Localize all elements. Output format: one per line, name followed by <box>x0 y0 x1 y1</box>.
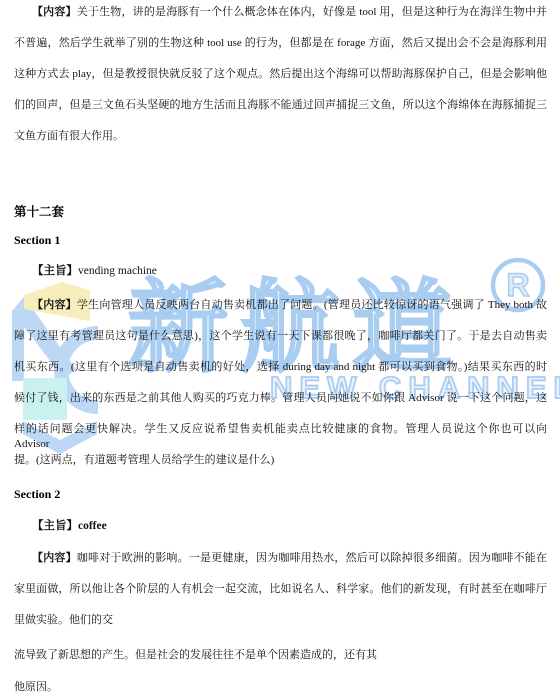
section2-topic-line: 【主旨】coffee <box>32 517 107 533</box>
content-line: 里做实验。他们的交 <box>14 613 547 628</box>
content-line: 【内容】学生向管理人员反映两台自动售卖机都出了问题。(管理员还比较惊讶的语气强调… <box>14 298 547 313</box>
topic-label: 【主旨】 <box>32 520 78 532</box>
content-text: 关于生物，讲的是海豚有一个什么概念体在体内，好像是 tool 用，但是这种行为在… <box>77 6 547 18</box>
content-label: 【内容】 <box>32 6 77 18</box>
content-line: 【内容】咖啡对于欧洲的影响。一是更健康，因为咖啡用热水，然后可以除掉很多细菌。因… <box>14 551 547 566</box>
content-line: 候付了钱，出来的东西是之前其他人购买的巧克力棒。管理人员向她说不如你跟 Advi… <box>14 391 547 406</box>
topic-label: 【主旨】 <box>32 265 78 277</box>
content-line: 障了这里有考管理员这句是什么意思)，这个学生说有一天下课都很晚了，咖啡厅都关门了… <box>14 329 547 344</box>
section2-heading: Section 2 <box>14 487 60 502</box>
content-line: 文鱼方面有很大作用。 <box>14 129 547 144</box>
content-label: 【内容】 <box>32 552 77 564</box>
content-line: 样的话问题会更快解决。学生又反应说希望售卖机能卖点比较健康的食物。管理人员说这个… <box>14 422 547 452</box>
content-text: 学生向管理人员反映两台自动售卖机都出了问题。(管理员还比较惊讶的语气强调了 Th… <box>77 299 547 311</box>
section1-topic-line: 【主旨】vending machine <box>32 262 157 278</box>
content-line: 这种方式去 play，但是教授很快就反驳了这个观点。然后提出这个海绵可以帮助海豚… <box>14 67 547 82</box>
content-text: 咖啡对于欧洲的影响。一是更健康，因为咖啡用热水，然后可以除掉很多细菌。因为咖啡不… <box>77 552 547 564</box>
content-line: 机买东西。(这里有个选项是自动售卖机的好处，选择 during day and … <box>14 360 547 375</box>
content-line: 流导致了新思想的产生。但是社会的发展往往不是单个因素造成的，还有其 <box>14 648 547 663</box>
content-label: 【内容】 <box>32 299 77 311</box>
content-line: 家里面做，所以他让各个阶层的人有机会一起交流，比如说名人、科学家。他们的新发现，… <box>14 582 547 597</box>
content-line: 提。(这两点，有道题考管理人员给学生的建议是什么) <box>14 453 547 468</box>
section1-heading: Section 1 <box>14 233 60 248</box>
content-line: 们的回声，但是三文鱼石头坚硬的地方生活而且海豚不能通过回声捕捉三文鱼，所以这个海… <box>14 98 547 113</box>
content-line: 【内容】关于生物，讲的是海豚有一个什么概念体在体内，好像是 tool 用，但是这… <box>14 5 547 20</box>
set-heading: 第十二套 <box>14 202 64 220</box>
topic-text: coffee <box>78 520 107 532</box>
content-line: 他原因。 <box>14 680 547 695</box>
content-line: 不普遍，然后学生就举了别的生物这种 tool use 的行为，但都是在 fora… <box>14 36 547 51</box>
topic-text: vending machine <box>78 265 157 277</box>
